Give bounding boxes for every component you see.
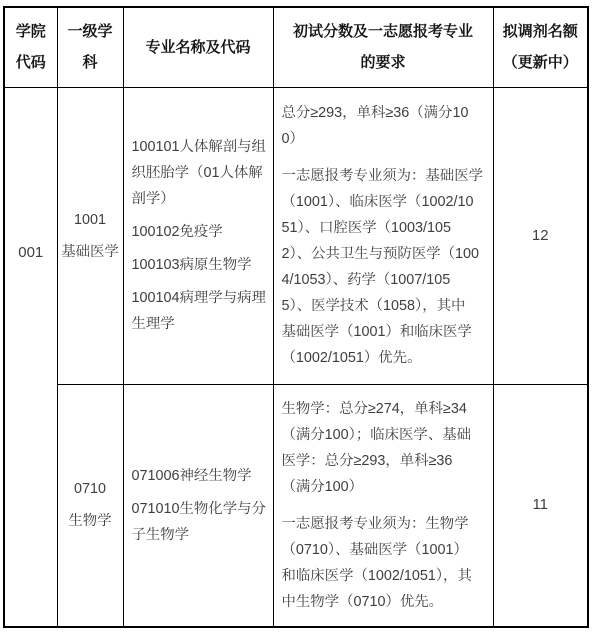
discipline-cell: 1001 基础医学 — [57, 87, 123, 384]
header-requirements: 初试分数及一志愿报考专业 的要求 — [273, 7, 493, 87]
requirement-paragraph: 总分≥293，单科≥36（满分10 0） — [282, 100, 488, 152]
table-row-biology: 0710 生物学 071006神经生物学 071010生物化学与分 子生物学 生… — [4, 384, 588, 627]
requirement-paragraph: 生物学：总分≥274，单科≥34 （满分100）；临床医学、基础 医学：总分≥2… — [282, 396, 488, 500]
header-quota: 拟调剂名额 （更新中） — [493, 7, 588, 87]
college-code-cell: 001 — [4, 87, 57, 627]
header-college-code: 学院 代码 — [4, 7, 57, 87]
requirements-cell: 生物学：总分≥274，单科≥34 （满分100）；临床医学、基础 医学：总分≥2… — [273, 384, 493, 627]
requirement-paragraph: 一志愿报考专业须为：基础医学 （1001）、临床医学（1002/10 51）、口… — [282, 163, 488, 371]
header-discipline: 一级学 科 — [57, 7, 123, 87]
major-item: 100101人体解剖与组 织胚胎学（01人体解 剖学） — [132, 134, 267, 212]
major-item: 071010生物化学与分 子生物学 — [132, 496, 267, 548]
requirement-paragraph: 一志愿报考专业须为：生物学 （0710）、基础医学（1001） 和临床医学（10… — [282, 511, 488, 615]
major-item: 100104病理学与病理 生理学 — [132, 285, 267, 337]
table-row-basic-medicine: 001 1001 基础医学 100101人体解剖与组 织胚胎学（01人体解 剖学… — [4, 87, 588, 384]
quota-cell: 12 — [493, 87, 588, 384]
adjustment-quota-table: 学院 代码 一级学 科 专业名称及代码 初试分数及一志愿报考专业 的要求 拟调剂… — [3, 6, 589, 628]
major-item: 100103病原生物学 — [132, 252, 267, 278]
quota-cell: 11 — [493, 384, 588, 627]
majors-cell: 100101人体解剖与组 织胚胎学（01人体解 剖学） 100102免疫学 10… — [123, 87, 273, 384]
requirements-cell: 总分≥293，单科≥36（满分10 0） 一志愿报考专业须为：基础医学 （100… — [273, 87, 493, 384]
header-major: 专业名称及代码 — [123, 7, 273, 87]
majors-cell: 071006神经生物学 071010生物化学与分 子生物学 — [123, 384, 273, 627]
major-item: 100102免疫学 — [132, 219, 267, 245]
major-item: 071006神经生物学 — [132, 463, 267, 489]
header-row: 学院 代码 一级学 科 专业名称及代码 初试分数及一志愿报考专业 的要求 拟调剂… — [4, 7, 588, 87]
discipline-cell: 0710 生物学 — [57, 384, 123, 627]
